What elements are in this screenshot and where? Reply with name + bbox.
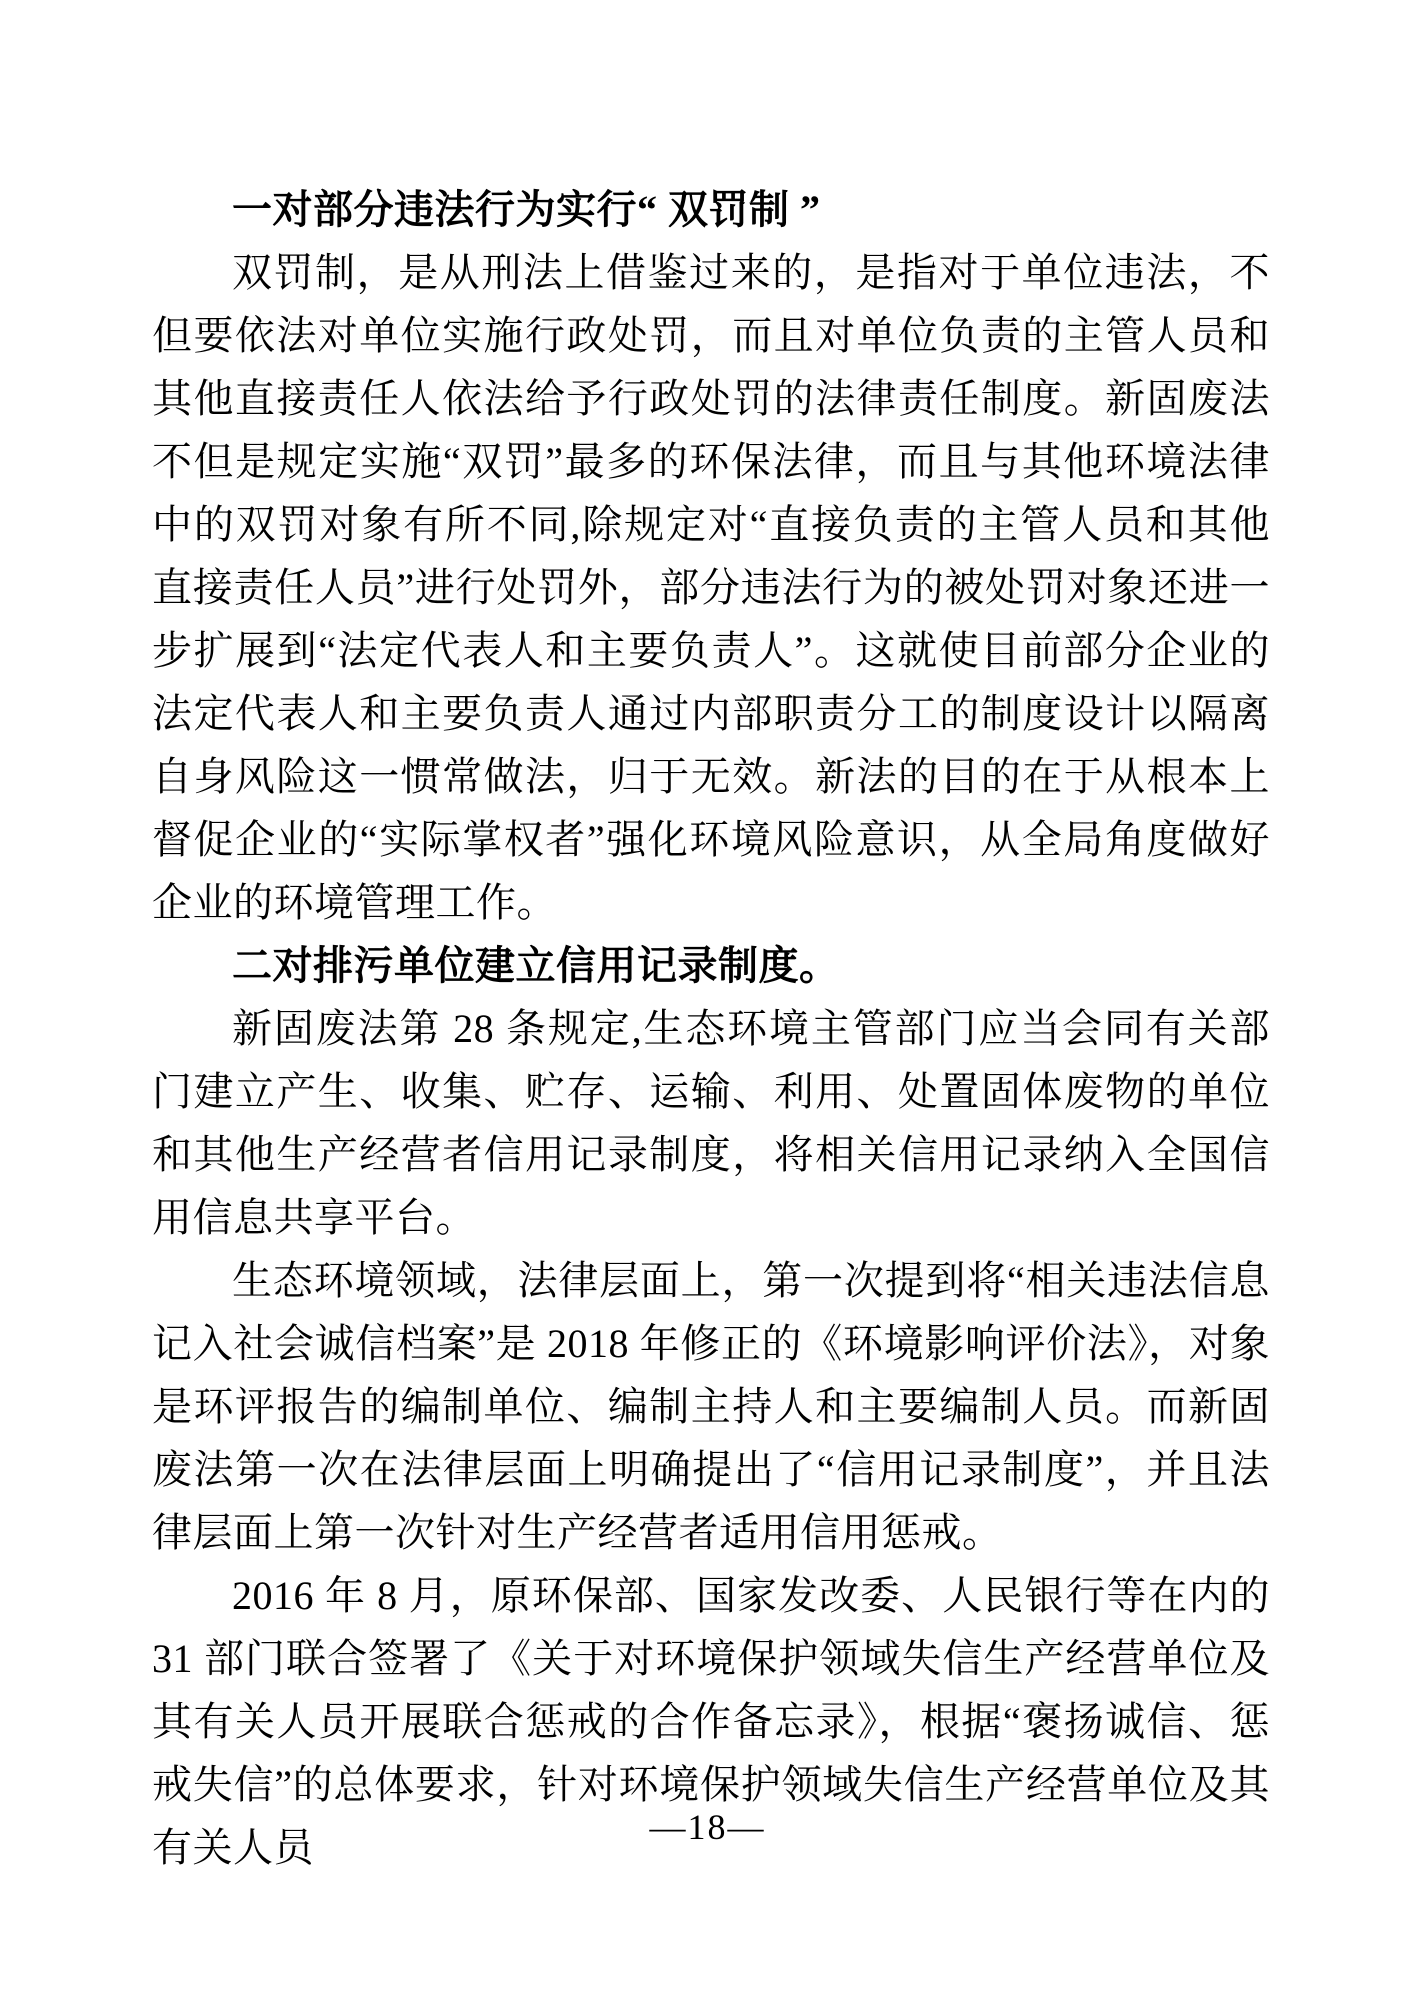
document-body: 一对部分违法行为实行“ 双罚制 ” 双罚制，是从刑法上借鉴过来的，是指对于单位违…	[152, 178, 1270, 1879]
page-number: —18—	[0, 1805, 1415, 1849]
paragraph-eco-legal-history: 生态环境领域，法律层面上，第一次提到将“相关违法信息记入社会诚信档案”是 201…	[152, 1249, 1270, 1564]
section-heading-2: 二对排污单位建立信用记录制度。	[152, 934, 1270, 997]
paragraph-double-penalty: 双罚制，是从刑法上借鉴过来的，是指对于单位违法，不但要依法对单位实施行政处罚，而…	[152, 241, 1270, 934]
document-page: 一对部分违法行为实行“ 双罚制 ” 双罚制，是从刑法上借鉴过来的，是指对于单位违…	[0, 0, 1415, 2000]
section-heading-1: 一对部分违法行为实行“ 双罚制 ”	[152, 178, 1270, 241]
paragraph-credit-record-rule: 新固废法第 28 条规定,生态环境主管部门应当会同有关部门建立产生、收集、贮存、…	[152, 997, 1270, 1249]
